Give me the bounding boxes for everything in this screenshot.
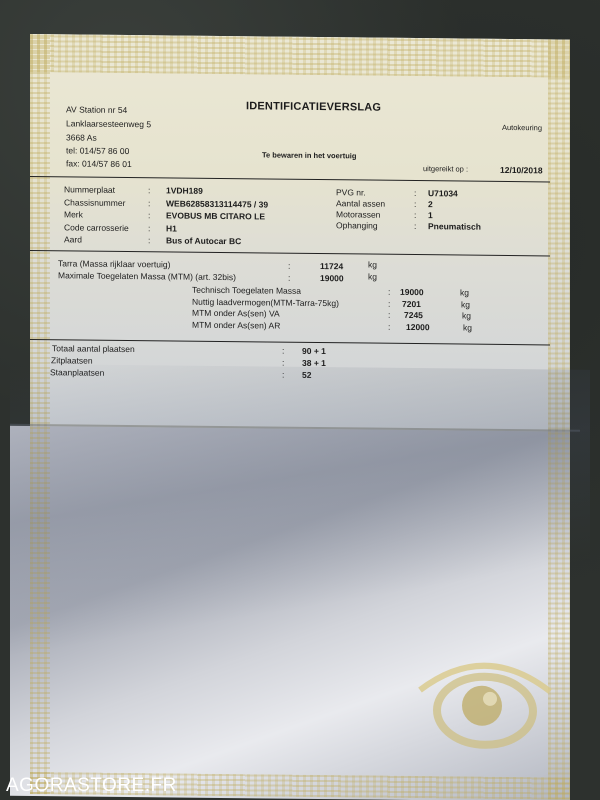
field-separator: : bbox=[414, 221, 416, 231]
mass-label: MTM onder As(sen) AR bbox=[192, 319, 280, 330]
field-label: Aard bbox=[64, 234, 82, 244]
document-title: IDENTIFICATIEVERSLAG bbox=[246, 100, 381, 113]
mass-value: 19000 bbox=[320, 273, 344, 283]
issued-label: uitgereikt op : bbox=[423, 164, 468, 173]
keep-in-vehicle-note: Te bewaren in het voertuig bbox=[262, 150, 356, 160]
mass-label: MTM onder As(sen) VA bbox=[192, 308, 280, 319]
issuer-city: 3668 As bbox=[66, 132, 97, 142]
mass-unit: kg bbox=[462, 311, 471, 321]
field-value: 1VDH189 bbox=[166, 185, 203, 195]
seat-label: Zitplaatsen bbox=[51, 355, 93, 365]
department-label: Autokeuring bbox=[502, 123, 542, 132]
mass-value: 19000 bbox=[400, 287, 424, 297]
mass-value: 12000 bbox=[406, 321, 430, 331]
seat-separator: : bbox=[282, 358, 284, 368]
mass-value: 7201 bbox=[402, 298, 421, 308]
field-value: H1 bbox=[166, 223, 177, 233]
issuer-fax: fax: 014/57 86 01 bbox=[66, 158, 132, 169]
field-separator: : bbox=[148, 223, 150, 233]
issuer-street: Lanklaarsesteenweg 5 bbox=[66, 118, 151, 129]
mass-separator: : bbox=[388, 287, 390, 297]
watermark-text: AGORASTORE.FR bbox=[6, 775, 177, 797]
mass-unit: kg bbox=[463, 322, 472, 332]
seat-label: Staanplaatsen bbox=[50, 367, 104, 378]
eye-emblem-icon bbox=[410, 650, 560, 757]
field-separator: : bbox=[414, 199, 416, 209]
security-pattern-top bbox=[30, 34, 570, 78]
mass-separator: : bbox=[288, 261, 290, 271]
field-separator: : bbox=[148, 198, 150, 208]
field-label: Nummerplaat bbox=[64, 184, 115, 195]
field-label: Ophanging bbox=[336, 220, 378, 230]
security-pattern-left bbox=[30, 34, 50, 794]
field-separator: : bbox=[414, 210, 416, 220]
field-value: EVOBUS MB CITARO LE bbox=[166, 210, 265, 221]
field-separator: : bbox=[414, 188, 416, 198]
field-value: Bus of Autocar BC bbox=[166, 235, 241, 246]
field-label: Code carrosserie bbox=[64, 222, 129, 233]
field-value: Pneumatisch bbox=[428, 221, 481, 232]
mass-separator: : bbox=[388, 310, 390, 320]
mass-unit: kg bbox=[460, 288, 469, 298]
seat-label: Totaal aantal plaatsen bbox=[52, 343, 135, 354]
field-label: PVG nr. bbox=[336, 187, 366, 197]
mass-unit: kg bbox=[461, 299, 470, 309]
seat-value: 52 bbox=[302, 370, 311, 380]
issuer-tel: tel: 014/57 86 00 bbox=[66, 145, 129, 156]
field-value: 1 bbox=[428, 210, 433, 220]
mass-unit: kg bbox=[368, 272, 377, 282]
field-separator: : bbox=[148, 210, 150, 220]
identification-document: AV Station nr 54 Lanklaarsesteenweg 5 36… bbox=[30, 34, 570, 800]
mass-value: 7245 bbox=[404, 310, 423, 320]
mass-label: Nuttig laadvermogen(MTM-Tarra-75kg) bbox=[192, 296, 339, 308]
mass-label: Maximale Toegelaten Massa (MTM) (art. 32… bbox=[58, 270, 236, 282]
mass-separator: : bbox=[388, 298, 390, 308]
mass-unit: kg bbox=[368, 260, 377, 270]
mass-label: Tarra (Massa rijklaar voertuig) bbox=[58, 258, 170, 269]
seat-value: 90 + 1 bbox=[302, 346, 326, 356]
mass-separator: : bbox=[288, 273, 290, 283]
mass-value: 11724 bbox=[320, 261, 343, 271]
field-value: 2 bbox=[428, 199, 433, 209]
field-label: Motorassen bbox=[336, 209, 380, 219]
field-separator: : bbox=[148, 185, 150, 195]
field-label: Chassisnummer bbox=[64, 197, 125, 208]
field-label: Merk bbox=[64, 209, 83, 219]
mass-separator: : bbox=[388, 321, 390, 331]
mass-label: Technisch Toegelaten Massa bbox=[192, 285, 301, 296]
seat-separator: : bbox=[282, 370, 284, 380]
field-value: U71034 bbox=[428, 188, 458, 198]
field-label: Aantal assen bbox=[336, 198, 385, 209]
issued-date: 12/10/2018 bbox=[500, 165, 543, 175]
seat-separator: : bbox=[282, 346, 284, 356]
field-value: WEB62858313114475 / 39 bbox=[166, 198, 268, 209]
field-separator: : bbox=[148, 235, 150, 245]
seat-value: 38 + 1 bbox=[302, 358, 326, 368]
issuer-name: AV Station nr 54 bbox=[66, 104, 127, 115]
